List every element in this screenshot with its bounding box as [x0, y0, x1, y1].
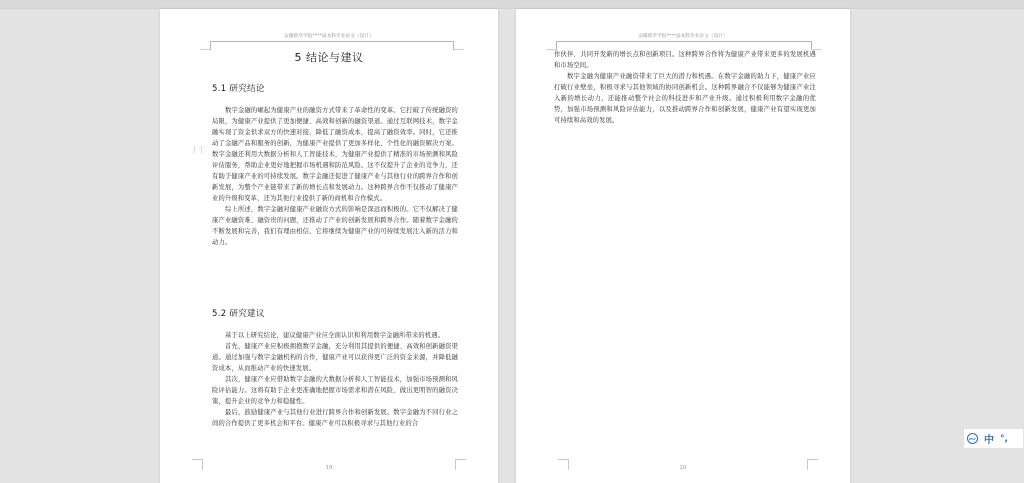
paragraph[interactable]: 基于以上研究结论，建议健康产业应全面认识和利用数字金融所带来的机遇。: [212, 330, 458, 341]
paragraph[interactable]: 作伙伴，共同开发新的增长点和创新项目。这种跨界合作将为健康产业带来更多的发展机遇…: [554, 49, 816, 71]
ime-language-toggle[interactable]: 中: [984, 431, 994, 446]
paragraph[interactable]: 综上所述，数字金融对健康产业融资方式的影响是深远而积极的。它不仅解决了健康产业融…: [212, 204, 458, 248]
page-20-body[interactable]: 作伙伴，共同开发新的增长点和创新项目。这种跨界合作将为健康产业带来更多的发展机遇…: [554, 49, 816, 126]
ime-punctuation-toggle[interactable]: °,: [1000, 434, 1008, 444]
document-page-19[interactable]: 安徽新华学院****届本科毕业论文（设计） 5 结论与建议 5.1 研究结论 数…: [160, 9, 498, 483]
section-heading-5-1: 5.1 研究结论: [212, 82, 265, 94]
chapter-title: 5 结论与建议: [160, 49, 498, 65]
paragraph[interactable]: 其次，健康产业应借助数字金融的大数据分析和人工智能技术，加强市场预测和风险评估能…: [212, 374, 458, 407]
page-number: 19: [160, 465, 498, 471]
paragraph[interactable]: 数字金融的崛起为健康产业的融资方式带来了革命性的变革。它打破了传统融资的局限，为…: [212, 105, 458, 204]
running-header: 安徽新华学院****届本科毕业论文（设计）: [160, 33, 498, 39]
running-header: 安徽新华学院****届本科毕业论文（设计）: [516, 33, 850, 39]
paragraph-drag-handle-icon[interactable]: ⋮⋮: [191, 148, 197, 158]
section-5-1-body[interactable]: 数字金融的崛起为健康产业的融资方式带来了革命性的变革。它打破了传统融资的局限，为…: [212, 105, 458, 248]
paragraph[interactable]: 最后，鼓励健康产业与其他行业进行跨界合作和创新发展。数字金融为不同行业之间的合作…: [212, 407, 458, 429]
viewer-top-bar: [0, 0, 1024, 9]
page-number: 20: [516, 465, 850, 471]
ifly-logo-icon[interactable]: iFLY: [967, 433, 978, 444]
section-heading-5-2: 5.2 研究建议: [212, 307, 265, 319]
ime-toolbar[interactable]: iFLY 中 °,: [964, 429, 1023, 448]
paragraph[interactable]: 数字金融为健康产业融资带来了巨大的潜力和机遇。在数字金融的助力下，健康产业应打破…: [554, 71, 816, 126]
section-5-2-body[interactable]: 基于以上研究结论，建议健康产业应全面认识和利用数字金融所带来的机遇。 首先，健康…: [212, 330, 458, 429]
document-page-20[interactable]: 安徽新华学院****届本科毕业论文（设计） 作伙伴，共同开发新的增长点和创新项目…: [516, 9, 850, 483]
paragraph[interactable]: 首先，健康产业应积极拥抱数字金融，充分利用其提供的便捷、高效和创新融资渠道。通过…: [212, 341, 458, 374]
